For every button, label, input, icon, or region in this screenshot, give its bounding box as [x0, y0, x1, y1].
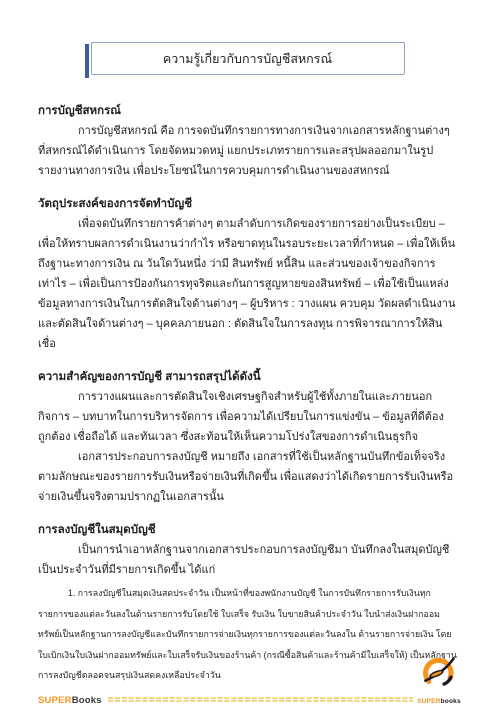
- page-footer: SUPERBooks =============================…: [38, 656, 465, 708]
- logo-text-super: SUPER: [417, 698, 440, 705]
- superbooks-logo: SUPERbooks: [413, 656, 465, 708]
- paragraph: เป็นการนำเอาหลักฐานจากเอกสารประกอบการลงบ…: [38, 540, 457, 580]
- superbooks-logo-text: SUPERbooks: [417, 698, 461, 705]
- section-importance: ความสำคัญของการบัญชี สามารถสรุปได้ดังนี้…: [38, 367, 457, 507]
- document-page: ความรู้เกี่ยวกับการบัญชีสหกรณ์ การบัญชีส…: [0, 0, 491, 720]
- section-cooperative-accounting: การบัญชีสหกรณ์ การบัญชีสหกรณ์ คือ การจดบ…: [38, 101, 457, 181]
- footer-brand-super: SUPER: [38, 695, 72, 706]
- page-title: ความรู้เกี่ยวกับการบัญชีสหกรณ์: [163, 52, 332, 66]
- section-heading: ความสำคัญของการบัญชี สามารถสรุปได้ดังนี้: [38, 367, 457, 387]
- title-box: ความรู้เกี่ยวกับการบัญชีสหกรณ์: [91, 42, 405, 75]
- section-heading: วัตถุประสงค์ของการจัดทำบัญชี: [38, 194, 457, 214]
- paragraph: การบัญชีสหกรณ์ คือ การจดบันทึกรายการทางก…: [38, 121, 457, 181]
- section-heading: การบัญชีสหกรณ์: [38, 101, 457, 121]
- paragraph: เอกสารประกอบการลงบัญชี หมายถึง เอกสารที่…: [38, 447, 457, 507]
- section-objectives: วัตถุประสงค์ของการจัดทำบัญชี เพื่อจดบันท…: [38, 194, 457, 354]
- title-accent-bar: [85, 44, 89, 78]
- logo-text-books: books: [441, 698, 461, 705]
- paragraph: เพื่อจดบันทึกรายการค้าต่างๆ ตามลำดับการเ…: [38, 214, 457, 354]
- superbooks-logo-icon: [422, 656, 456, 690]
- footer-brand: SUPERBooks: [38, 695, 102, 708]
- paragraph: การวางแผนและการตัดสินใจเชิงเศรษฐกิจสำหรั…: [38, 387, 457, 447]
- footer-brand-books: Books: [72, 695, 102, 706]
- footer-divider-line: ========================================…: [102, 695, 413, 708]
- section-heading: การลงบัญชีในสมุดบัญชี: [38, 520, 457, 540]
